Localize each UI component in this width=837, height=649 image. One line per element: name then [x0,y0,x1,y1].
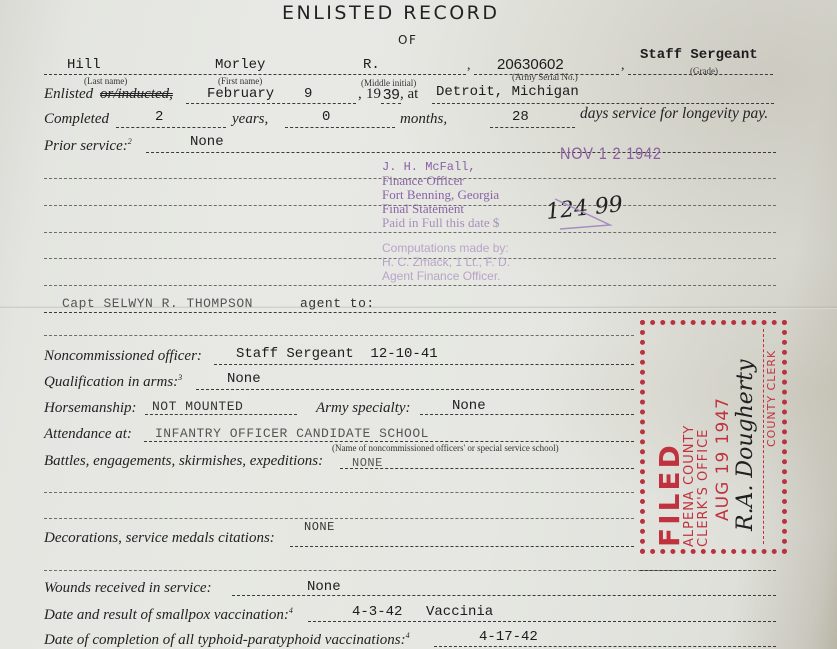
serial-number: 20630602 [497,56,564,73]
nco-value: Staff Sergeant 12-10-41 [236,346,438,362]
final-statement: Final Statement [382,202,499,216]
years-value: 2 [155,109,163,125]
caption-first-name: (First name) [218,76,262,86]
document-title: ENLISTED RECORD [282,2,500,24]
wounds-value: None [307,579,341,595]
blank-line [640,570,776,571]
computation-stamp: Computations made by: H. C. Zmack, 1 Lt.… [382,241,510,283]
comma: , [467,58,471,74]
decorations-underline [290,546,634,547]
at-label: , at [400,86,418,103]
office-line-2: CLERK'S OFFICE [697,425,711,547]
year-prefix: 19 [366,86,381,103]
county-clerk-stamp: FILED ALPENA COUNTY CLERK'S OFFICE AUG 1… [640,320,787,554]
prior-service-label: Prior service:2 [44,137,132,155]
battles-value: NONE [352,456,383,470]
middle-initial: R. [363,57,380,73]
finance-officer-name: J. H. McFall, [382,160,499,174]
nco-label: Noncommissioned officer: [44,348,202,365]
wounds-label: Wounds received in service: [44,580,212,597]
agent-label: agent to: [300,296,375,311]
months-underline [285,127,395,128]
blank-line [44,285,776,286]
battles-underline [340,468,634,469]
strike-mark [550,195,620,235]
enlisted-day: 9 [304,86,312,102]
years-underline [116,127,226,128]
specialty-underline [420,414,634,415]
days-label: days service for longevity pay. [580,105,768,123]
horsemanship-label: Horsemanship: [44,400,137,417]
horsemanship-value: NOT MOUNTED [152,399,243,414]
qualification-label: Qualification in arms:3 [44,373,182,391]
agent-underline [44,312,776,313]
last-name: Hill [67,57,101,73]
days-value: 28 [512,109,529,125]
typhoid-date: 4-17-42 [479,629,538,645]
comma: , [358,86,362,103]
filed-date: AUG 19 1947 [713,397,733,521]
qualification-value: None [227,371,261,387]
prior-service-value: None [190,134,224,150]
blank-line [44,232,776,233]
computation-officer: H. C. Zmack, 1 Lt., F. D. [382,255,510,269]
blank-line [44,492,634,493]
smallpox-label: Date and result of smallpox vaccination:… [44,606,293,624]
county-office: ALPENA COUNTY CLERK'S OFFICE [683,425,711,547]
qualification-underline [196,389,634,390]
years-label: years, [232,111,268,128]
finance-stamp-date: NOV 1 2 1942 [560,144,662,164]
place-underline [432,103,774,104]
typhoid-underline [434,646,776,647]
inducted-struck: or/inducted, [100,86,173,103]
signature-line [763,329,764,544]
finance-location: Fort Benning, Georgia [382,188,499,202]
blank-line [44,335,634,336]
decorations-label: Decorations, service medals citations: [44,530,275,547]
prior-service-underline [146,152,776,153]
finance-stamp: J. H. McFall, Finance Officer Fort Benni… [382,160,499,230]
typhoid-label: Date of completion of all typhoid-paraty… [44,631,410,649]
attendance-label: Attendance at: [44,426,132,443]
enlisted-label: Enlisted [44,86,93,103]
agent-finance-officer: Agent Finance Officer. [382,269,510,283]
army-specialty-value: None [452,398,486,414]
enlisted-year: 39 [383,86,400,103]
smallpox-date: 4-3-42 [352,604,402,620]
smallpox-result: Vaccinia [426,604,493,620]
grade: Staff Sergeant [640,47,758,63]
year-underline [381,103,401,104]
office-line-1: ALPENA COUNTY [683,425,697,547]
finance-officer-title: Finance Officer [382,174,499,188]
nco-underline [214,364,634,365]
months-label: months, [400,111,447,128]
caption-grade: (Grade) [690,66,718,76]
paid-in-full: Paid in Full this date $ [382,216,499,230]
horsemanship-underline [145,414,297,415]
computation-label: Computations made by: [382,241,510,255]
date-underline [186,103,356,104]
days-underline [490,127,575,128]
first-name: Morley [215,57,265,73]
blank-line [44,518,634,519]
document-subtitle: OF [398,33,417,47]
caption-serial: (Army Serial No.) [512,72,578,82]
army-specialty-label: Army specialty: [316,400,411,417]
comma: , [621,58,625,74]
enlisted-place: Detroit, Michigan [436,84,579,100]
months-value: 0 [322,109,330,125]
name-underline [44,74,466,75]
battles-label: Battles, engagements, skirmishes, expedi… [44,453,323,470]
agent-typed: Capt SELWYN R. THOMPSON [62,296,253,311]
caption-last-name: (Last name) [84,76,127,86]
smallpox-underline [308,621,776,622]
enlisted-month: February [207,86,274,102]
attendance-caption: (Name of noncommissioned officers' or sp… [332,443,559,453]
completed-label: Completed [44,111,109,128]
clerk-signature: R.A. Dougherty [733,359,758,531]
attendance-value: INFANTRY OFFICER CANDIDATE SCHOOL [155,426,429,441]
wounds-underline [232,595,776,596]
decorations-value: NONE [304,520,335,534]
attendance-underline [144,441,634,442]
county-clerk-label: COUNTY CLERK [765,350,778,447]
